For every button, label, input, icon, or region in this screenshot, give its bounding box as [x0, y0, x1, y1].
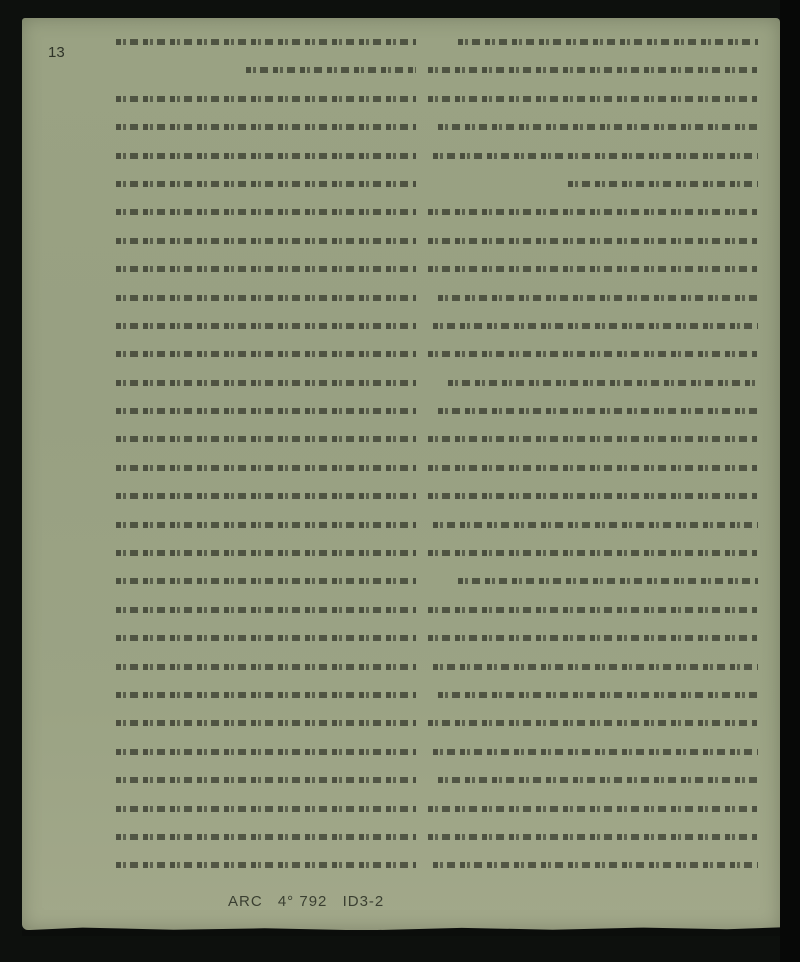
ink-stroke [428, 547, 758, 559]
ink-stroke [428, 803, 758, 815]
ink-stroke [116, 150, 416, 162]
handwritten-line [104, 547, 416, 559]
ink-stroke [428, 831, 758, 843]
ink-stroke [116, 689, 416, 701]
ink-stroke [433, 320, 758, 332]
ink-stroke [116, 433, 416, 445]
handwritten-line [418, 604, 758, 616]
handwritten-line [104, 405, 416, 417]
ink-stroke [428, 263, 758, 275]
ink-stroke [116, 490, 416, 502]
ink-stroke [116, 263, 416, 275]
handwritten-line [104, 178, 416, 190]
handwritten-line [418, 93, 758, 105]
handwritten-line [418, 632, 758, 644]
ink-stroke [246, 64, 416, 76]
ink-stroke [428, 462, 758, 474]
catalog-item: ID3-2 [343, 893, 385, 910]
handwritten-line [104, 150, 416, 162]
handwritten-line [104, 377, 416, 389]
handwritten-line [418, 462, 758, 474]
handwritten-line [104, 462, 416, 474]
ink-stroke [116, 235, 416, 247]
ink-stroke [116, 405, 416, 417]
ink-stroke [428, 632, 758, 644]
handwritten-line [418, 746, 758, 758]
ink-stroke [116, 547, 416, 559]
ink-stroke [116, 320, 416, 332]
ink-stroke [448, 377, 758, 389]
handwritten-line [418, 121, 758, 133]
page-number: 13 [48, 44, 65, 61]
handwritten-line [104, 803, 416, 815]
ink-stroke [458, 36, 758, 48]
ink-stroke [428, 93, 758, 105]
ink-stroke [116, 575, 416, 587]
handwritten-line [418, 150, 758, 162]
handwritten-line [418, 263, 758, 275]
ink-stroke [116, 178, 416, 190]
handwritten-line [418, 661, 758, 673]
ink-stroke [428, 235, 758, 247]
handwritten-line [104, 320, 416, 332]
ink-stroke [428, 433, 758, 445]
ink-stroke [433, 150, 758, 162]
ink-stroke [428, 206, 758, 218]
handwritten-line [104, 746, 416, 758]
ink-stroke [438, 774, 758, 786]
ink-stroke [438, 292, 758, 304]
handwritten-line [418, 348, 758, 360]
handwritten-line [104, 831, 416, 843]
handwritten-line [104, 433, 416, 445]
handwritten-line [418, 178, 758, 190]
ink-stroke [433, 746, 758, 758]
ink-stroke [116, 462, 416, 474]
handwritten-line [418, 859, 758, 871]
handwritten-line [418, 575, 758, 587]
ink-stroke [428, 604, 758, 616]
ink-stroke [116, 717, 416, 729]
ink-stroke [428, 64, 758, 76]
scan-edge [780, 0, 800, 962]
handwritten-line [418, 490, 758, 502]
ink-stroke [116, 93, 416, 105]
handwritten-line [104, 263, 416, 275]
handwritten-line [104, 689, 416, 701]
handwritten-line [418, 206, 758, 218]
ink-stroke [116, 604, 416, 616]
ink-stroke [433, 859, 758, 871]
ink-stroke [116, 206, 416, 218]
handwritten-line [104, 859, 416, 871]
handwritten-line [104, 717, 416, 729]
handwritten-line [104, 632, 416, 644]
ink-stroke [438, 405, 758, 417]
handwritten-line [418, 320, 758, 332]
ink-stroke [116, 803, 416, 815]
text-column-left [104, 36, 416, 888]
handwritten-line [104, 519, 416, 531]
handwritten-line [418, 547, 758, 559]
ink-stroke [116, 661, 416, 673]
handwritten-line [104, 348, 416, 360]
handwritten-line [418, 831, 758, 843]
handwritten-line [104, 774, 416, 786]
ink-stroke [458, 575, 758, 587]
handwritten-line [104, 575, 416, 587]
ink-stroke [428, 348, 758, 360]
handwritten-line [104, 206, 416, 218]
ink-stroke [116, 292, 416, 304]
ink-stroke [116, 377, 416, 389]
handwritten-line [104, 36, 416, 48]
handwritten-line [104, 490, 416, 502]
handwritten-line [418, 405, 758, 417]
ink-stroke [116, 774, 416, 786]
ink-stroke [116, 36, 416, 48]
handwritten-line [418, 292, 758, 304]
handwritten-line [418, 377, 758, 389]
handwritten-line [104, 292, 416, 304]
handwritten-line [104, 235, 416, 247]
ink-stroke [568, 178, 758, 190]
handwritten-line [104, 93, 416, 105]
ink-stroke [116, 831, 416, 843]
handwritten-line [418, 519, 758, 531]
handwritten-line [418, 774, 758, 786]
ink-stroke [433, 661, 758, 673]
ink-stroke [116, 859, 416, 871]
handwritten-line [418, 36, 758, 48]
handwritten-line [418, 803, 758, 815]
handwritten-line [104, 661, 416, 673]
ink-stroke [428, 717, 758, 729]
handwritten-line [104, 64, 416, 76]
handwritten-line [418, 64, 758, 76]
ink-stroke [428, 490, 758, 502]
ink-stroke [116, 519, 416, 531]
text-column-right [418, 36, 758, 888]
ink-stroke [116, 746, 416, 758]
handwritten-line [418, 689, 758, 701]
ink-stroke [116, 348, 416, 360]
ink-stroke [438, 121, 758, 133]
handwritten-line [418, 717, 758, 729]
handwritten-line [104, 121, 416, 133]
handwritten-line [418, 433, 758, 445]
handwritten-line [418, 235, 758, 247]
ink-stroke [116, 121, 416, 133]
catalog-mark: ARC 4° 792 ID3-2 [228, 893, 394, 910]
handwritten-line [104, 604, 416, 616]
catalog-shelfmark: 4° 792 [278, 893, 328, 910]
ink-stroke [116, 632, 416, 644]
catalog-prefix: ARC [228, 893, 263, 910]
ink-stroke [438, 689, 758, 701]
ink-stroke [433, 519, 758, 531]
